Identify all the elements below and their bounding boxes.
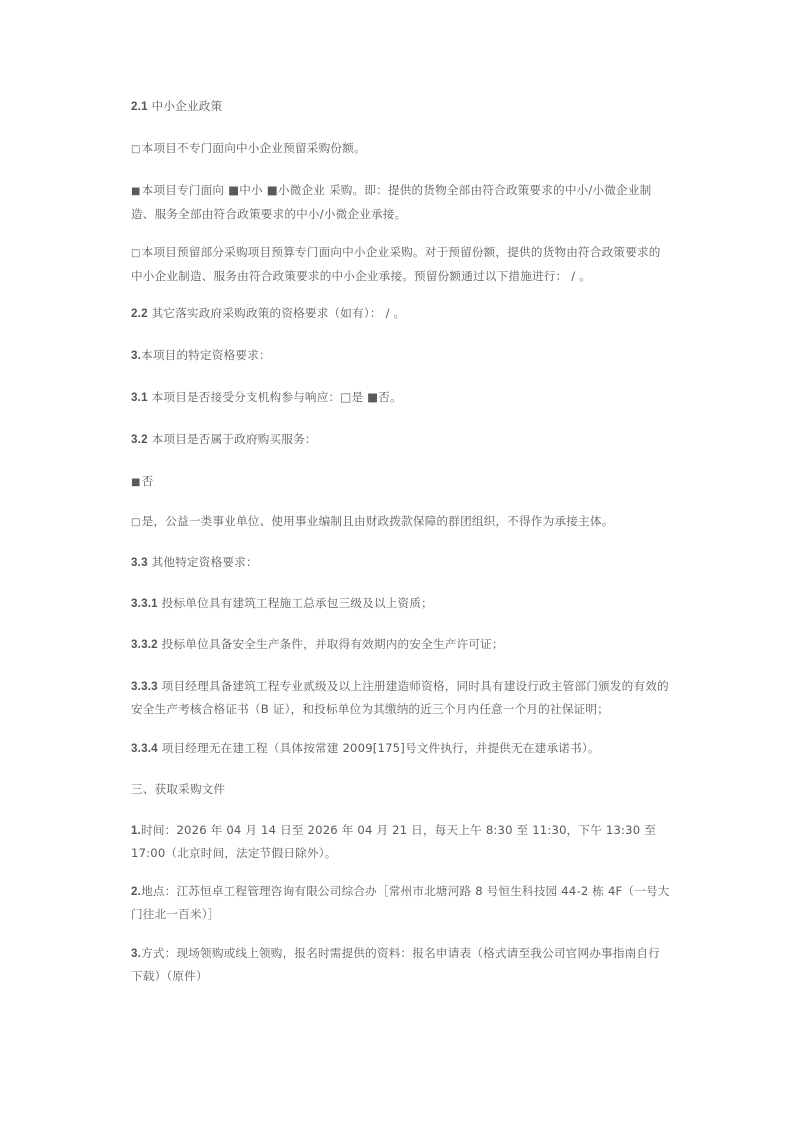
section-number: 2.1 [131, 100, 148, 113]
section-number: 3.3 [131, 556, 148, 569]
section-number: 2. [131, 885, 141, 898]
item-3-3-2: 3.3.2 投标单位具备安全生产条件，并取得有效期内的安全生产许可证； [131, 633, 671, 656]
section-number: 3.1 [131, 391, 148, 404]
paragraph-text: 项目经理无在建工程（具体按常建 2009[175]号文件执行，并提供无在建承诺书… [158, 741, 600, 755]
option-partial-reserved: □本项目预留部分采购项目预算专门面向中小企业采购。对于预留份额，提供的货物由符合… [131, 241, 671, 288]
heading-2-2: 2.2 其它落实政府采购政策的资格要求（如有）： / 。 [131, 302, 671, 325]
option-yes: □是，公益一类事业单位、使用事业编制且由财政拨款保障的群团组织，不得作为承接主体… [131, 510, 671, 534]
item-method: 3.方式：现场领购或线上领购，报名时需提供的资料：报名申请表（格式请至我公司官网… [131, 942, 671, 988]
paragraph-text: 本项目专门面向 ■中小 ■小微企业 采购。即：提供的货物全部由符合政策要求的中小… [131, 183, 651, 221]
section-number: 3.3.2 [131, 638, 158, 651]
heading-3-3: 3.3 其他特定资格要求： [131, 551, 671, 574]
paragraph-text: 投标单位具有建筑工程施工总承包三级及以上资质； [158, 596, 433, 610]
item-3-3-3: 3.3.3 项目经理具备建筑工程专业贰级及以上注册建造师资格，同时具有建设行政主… [131, 675, 671, 721]
paragraph-text: 是，公益一类事业单位、使用事业编制且由财政拨款保障的群团组织，不得作为承接主体。 [142, 514, 614, 528]
section-number: 3. [131, 947, 141, 960]
section-number: 1. [131, 824, 141, 837]
section-number: 3.2 [131, 433, 148, 446]
checkbox-checked-icon: ■ [131, 180, 141, 203]
heading-3: 3.本项目的特定资格要求： [131, 344, 671, 367]
paragraph-text: 其他特定资格要求： [148, 555, 258, 569]
paragraph-text: 地点：江苏恒卓工程管理咨询有限公司综合办［常州市北塘河路 8 号恒生科技园 44… [131, 884, 670, 921]
section-number: 3. [131, 349, 141, 362]
checkbox-unchecked-icon: □ [131, 242, 141, 265]
paragraph-text: 方式：现场领购或线上领购，报名时需提供的资料：报名申请表（格式请至我公司官网办事… [131, 946, 660, 983]
paragraph-text: 否 [142, 474, 154, 488]
paragraph-text: 三、获取采购文件 [131, 782, 225, 796]
heading-text: 中小企业政策 [148, 99, 223, 113]
checkbox-unchecked-icon: □ [131, 138, 141, 161]
option-not-reserved: □本项目不专门面向中小企业预留采购份额。 [131, 137, 671, 161]
item-time: 1.时间：2026 年 04 月 14 日至 2026 年 04 月 21 日，… [131, 819, 671, 865]
section-number: 3.3.3 [131, 680, 158, 693]
checkbox-checked-icon: ■ [131, 471, 141, 494]
paragraph-text: 投标单位具备安全生产条件，并取得有效期内的安全生产许可证； [158, 637, 504, 651]
paragraph-text: 本项目是否属于政府购买服务： [148, 432, 317, 446]
checkbox-unchecked-icon: □ [131, 511, 141, 534]
option-dedicated-sme: ■本项目专门面向 ■中小 ■小微企业 采购。即：提供的货物全部由符合政策要求的中… [131, 179, 671, 226]
paragraph-text: 时间：2026 年 04 月 14 日至 2026 年 04 月 21 日，每天… [131, 823, 656, 860]
item-3-3-1: 3.3.1 投标单位具有建筑工程施工总承包三级及以上资质； [131, 592, 671, 615]
heading-3-2: 3.2 本项目是否属于政府购买服务： [131, 428, 671, 451]
section-heading-obtain-docs: 三、获取采购文件 [131, 778, 671, 801]
section-number: 3.3.1 [131, 597, 158, 610]
paragraph-text: 本项目预留部分采购项目预算专门面向中小企业采购。对于预留份额，提供的货物由符合政… [131, 245, 661, 283]
paragraph-text: 本项目的特定资格要求： [141, 348, 271, 362]
item-3-3-4: 3.3.4 项目经理无在建工程（具体按常建 2009[175]号文件执行，并提供… [131, 737, 671, 760]
paragraph-text: 本项目不专门面向中小企业预留采购份额。 [142, 141, 366, 155]
paragraph-text: 本项目是否接受分支机构参与响应：□是 ■否。 [148, 390, 402, 404]
section-number: 3.3.4 [131, 742, 158, 755]
paragraph-text: 其它落实政府采购政策的资格要求（如有）： / 。 [148, 306, 406, 320]
section-number: 2.2 [131, 307, 148, 320]
item-location: 2.地点：江苏恒卓工程管理咨询有限公司综合办［常州市北塘河路 8 号恒生科技园 … [131, 880, 671, 926]
option-no: ■否 [131, 470, 671, 494]
heading-3-1: 3.1 本项目是否接受分支机构参与响应：□是 ■否。 [131, 386, 671, 409]
heading-2-1: 2.1 中小企业政策 [131, 95, 671, 118]
paragraph-text: 项目经理具备建筑工程专业贰级及以上注册建造师资格，同时具有建设行政主管部门颁发的… [131, 679, 669, 716]
